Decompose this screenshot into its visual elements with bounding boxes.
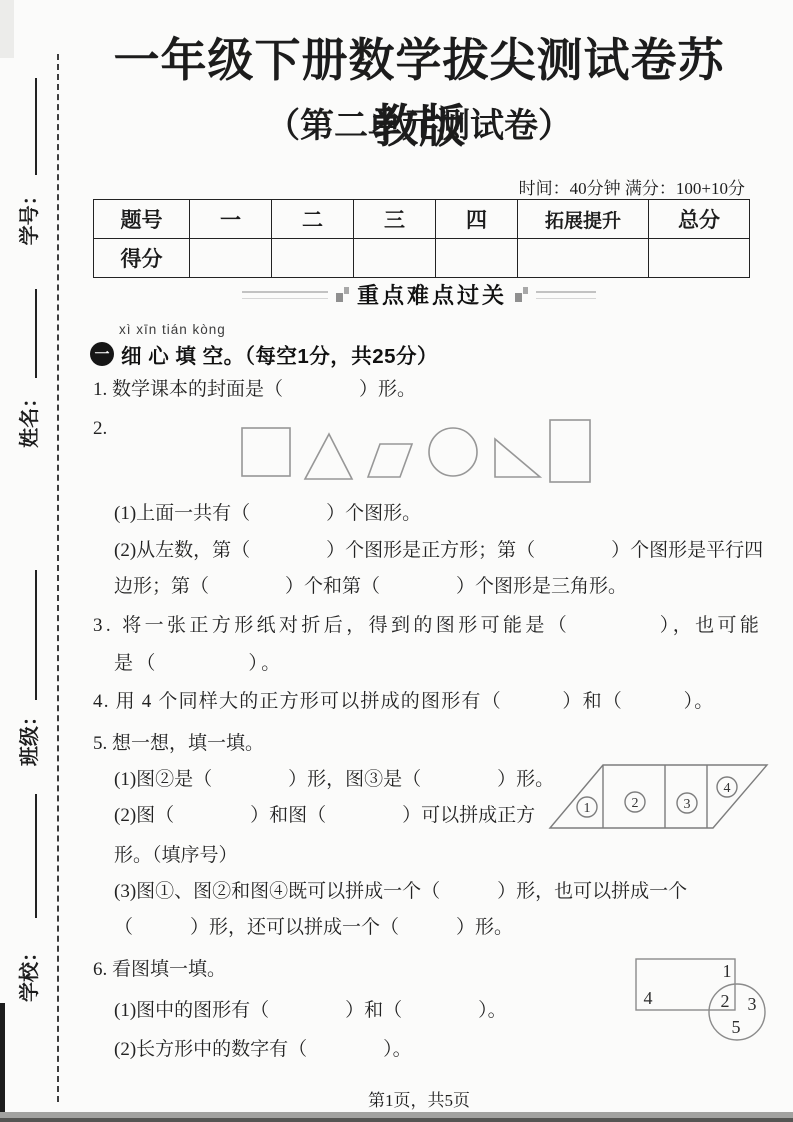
question-5-sub-1: (1)图②是（ ）形，图③是（ ）形。 — [114, 764, 554, 791]
student-id-blank-line — [34, 78, 37, 175]
seal-dashed-line — [57, 54, 59, 1102]
question-5-sub-2-line-2: 形。（填序号） — [114, 840, 238, 867]
figure-label-3: 3 — [684, 797, 691, 812]
figure-label-1: 1 — [584, 801, 591, 816]
figure-label-2: 2 — [632, 796, 639, 811]
student-info-sidebar: 学校：班级：姓名：学号： — [12, 78, 42, 1002]
score-cell-empty — [518, 239, 649, 278]
circle-icon — [429, 428, 477, 476]
parallelogram-icon — [368, 444, 412, 477]
section-title: 细 心 填 空。（每空1分，共25分） — [121, 339, 438, 369]
score-col-3: 三 — [354, 200, 436, 239]
rectangle-icon — [550, 420, 590, 482]
banner-title: 重点难点过关 — [357, 279, 507, 310]
question-5-sub-3-line-2: （ ）形，还可以拼成一个（ ）形。 — [114, 912, 513, 939]
question-5-sub-2-line-1: (2)图（ ）和图（ ）可以拼成正方 — [114, 800, 535, 827]
score-col-extension: 拓展提升 — [518, 200, 649, 239]
scan-edge-bottom-dark — [0, 1118, 793, 1122]
score-cell-empty — [436, 239, 518, 278]
score-cell-empty — [190, 239, 272, 278]
section-one-heading: 一 细 心 填 空。（每空1分，共25分） — [90, 339, 438, 369]
class-field-label: 班级： — [13, 706, 42, 766]
figure-number-2: 2 — [721, 991, 730, 1011]
quote-right-icon — [515, 287, 528, 302]
score-cell-empty — [354, 239, 436, 278]
question-5-heading: 5. 想一想，填一填。 — [93, 728, 264, 755]
time-score-meta: 时间：40分钟 满分：100+10分 — [93, 174, 745, 199]
right-triangle-icon — [495, 439, 540, 477]
score-col-2: 二 — [272, 200, 354, 239]
score-col-4: 四 — [436, 200, 518, 239]
score-cell-empty — [649, 239, 750, 278]
question-3-line-2: 是（ ）。 — [114, 648, 284, 675]
school-field-label: 学校： — [13, 942, 42, 1002]
figure-number-5: 5 — [732, 1017, 741, 1037]
question-5-sub-3-line-1: (3)图①、图②和图④既可以拼成一个（ ）形，也可以拼成一个 — [114, 876, 687, 903]
section-pinyin: xì xīn tián kòng — [119, 322, 226, 337]
quote-left-icon — [336, 287, 349, 302]
question-4: 4. 用 4 个同样大的正方形可以拼成的图形有（ ）和（ ）。 — [93, 686, 715, 713]
score-cell-empty — [272, 239, 354, 278]
score-col-total: 总分 — [649, 200, 750, 239]
figure-number-4: 4 — [644, 988, 653, 1008]
score-table-header-row: 题号 一 二 三 四 拓展提升 总分 — [94, 200, 750, 239]
figure-label-4: 4 — [724, 781, 731, 796]
name-field-label: 姓名： — [13, 388, 42, 448]
name-blank-line — [34, 289, 37, 378]
question-6-sub-1: (1)图中的图形有（ ）和（ ）。 — [114, 995, 507, 1022]
student-id-field-label: 学号： — [13, 185, 42, 245]
section-number-badge: 一 — [90, 342, 114, 366]
school-blank-line — [34, 794, 37, 918]
triangle-icon — [305, 434, 352, 479]
question-2-sub-2-line-1: (2)从左数，第（ ）个图形是正方形；第（ ）个图形是平行四 — [114, 535, 763, 562]
figure-number-3: 3 — [748, 994, 757, 1014]
question-2-shapes-figure — [238, 416, 608, 488]
score-col-question: 题号 — [94, 200, 190, 239]
question-3-line-1: 3. 将一张正方形纸对折后，得到的图形可能是（ ），也可能 — [93, 610, 762, 637]
figure-number-1: 1 — [723, 961, 732, 981]
score-table-score-row: 得分 — [94, 239, 750, 278]
banner-line-right-icon — [536, 291, 596, 299]
score-table: 题号 一 二 三 四 拓展提升 总分 得分 — [93, 199, 750, 278]
question-5-figure: 1 2 3 4 — [543, 755, 783, 835]
scan-edge-left — [0, 1003, 5, 1122]
banner-line-left-icon — [242, 291, 328, 299]
square-icon — [242, 428, 290, 476]
scan-shadow-top-left — [0, 0, 14, 58]
score-col-1: 一 — [190, 200, 272, 239]
class-blank-line — [34, 570, 37, 700]
parallelogram-outline — [550, 765, 767, 828]
question-2-sub-1: (1)上面一共有（ ）个图形。 — [114, 498, 421, 525]
key-points-banner: 重点难点过关 — [93, 279, 745, 310]
question-6-figure: 1 2 3 4 5 — [628, 950, 778, 1045]
question-1: 1. 数学课本的封面是（ ）形。 — [93, 374, 416, 401]
question-6-heading: 6. 看图填一填。 — [93, 954, 226, 981]
page-subtitle: （第二单元测试卷） — [93, 98, 745, 147]
test-paper-page: 学校：班级：姓名：学号： 一年级下册数学拔尖测试卷苏教版 （第二单元测试卷） 时… — [0, 0, 793, 1122]
page-number-footer: 第1页，共5页 — [93, 1086, 745, 1111]
question-2-number: 2. — [93, 418, 107, 440]
question-2-sub-2-line-2: 边形；第（ ）个和第（ ）个图形是三角形。 — [114, 571, 627, 598]
question-6-sub-2: (2)长方形中的数字有（ ）。 — [114, 1034, 412, 1061]
score-row-label: 得分 — [94, 239, 190, 278]
